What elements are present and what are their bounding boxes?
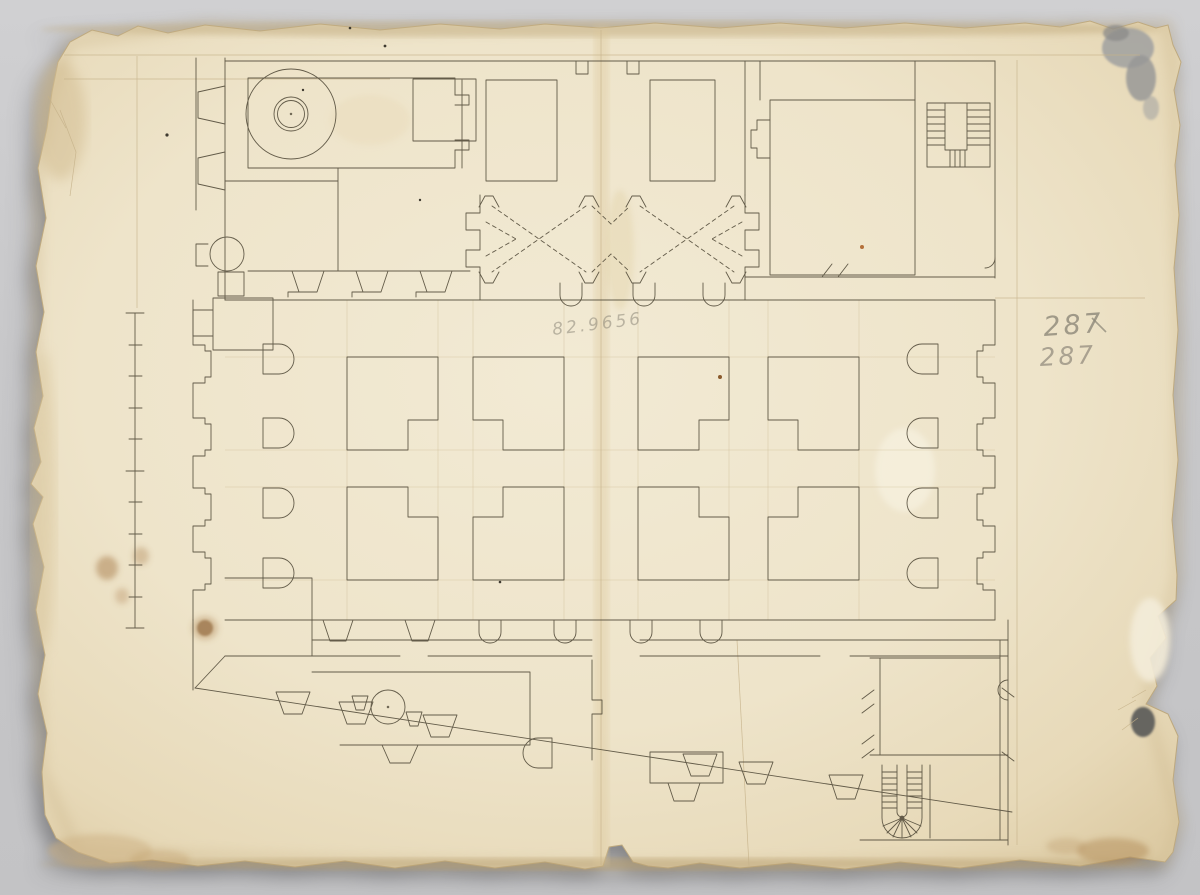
- paper-sheet: [31, 21, 1181, 870]
- spiral-stair-newel: [900, 816, 905, 821]
- drawing-canvas: 287 287 82.9656: [0, 0, 1200, 895]
- center-fold-band: [594, 26, 609, 866]
- dark-fox-spot: [197, 620, 213, 636]
- inscription-number-top: 287: [1042, 308, 1105, 343]
- left-corner-shade: [34, 60, 86, 180]
- dark-blob-right-edge: [1131, 707, 1155, 737]
- inscription-number-bottom: 287: [1039, 340, 1097, 372]
- left-edge-shade: [32, 350, 56, 650]
